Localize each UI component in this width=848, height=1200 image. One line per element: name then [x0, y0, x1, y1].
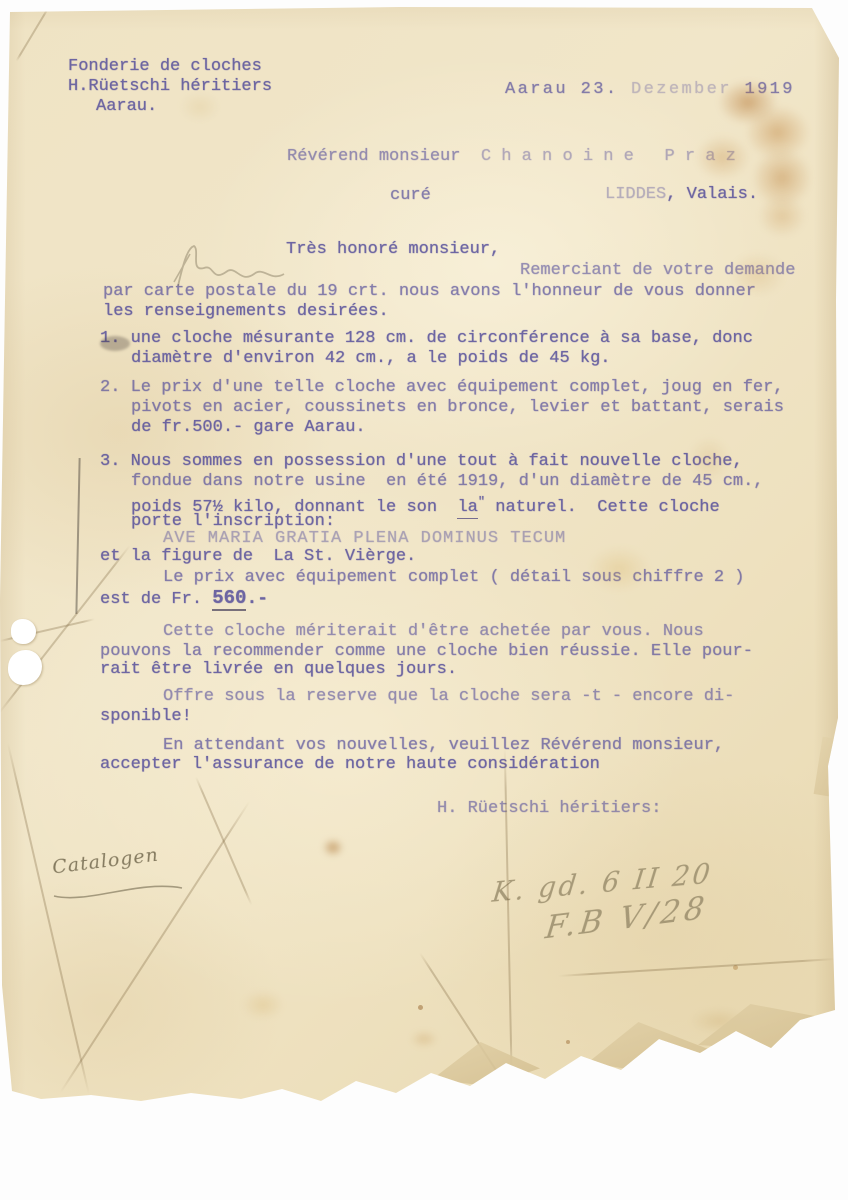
salutation: Très honoré monsieur,: [286, 240, 500, 260]
stain: [410, 1030, 438, 1048]
recipient-place-line: LIDDES, Valais.: [605, 185, 758, 205]
sender-line-2: H.Rüetschi héritiers: [68, 77, 272, 97]
item3-line-1: 3. Nous sommes en possession d'une tout …: [100, 452, 743, 472]
crease-line: [195, 776, 252, 905]
crease-line: [7, 743, 90, 1094]
punch-hole: [11, 619, 36, 644]
note-prime-mark: ″: [478, 495, 485, 509]
recipient-intro: Révérend monsieur: [287, 147, 481, 166]
punch-hole: [8, 650, 42, 685]
note-la-underlined: la: [457, 498, 477, 519]
price-prefix: est de Fr.: [100, 590, 212, 609]
reserve-line-2: sponible!: [100, 707, 192, 727]
speck: [566, 1040, 570, 1044]
item2-line-3: de fr.500.- gare Aarau.: [131, 418, 366, 438]
closing-line-2: accepter l'assurance de notre haute cons…: [100, 755, 600, 775]
pencil-scribble: [160, 242, 310, 294]
bell-inscription: AVE MARIA GRATIA PLENA DOMINUS TECUM: [163, 529, 566, 549]
price-value: 560: [212, 587, 246, 611]
stain: [180, 92, 220, 122]
recommend-line-3: rait être livrée en quelques jours.: [100, 660, 457, 680]
stain: [695, 135, 750, 180]
item1-line-1: 1. une cloche mésurante 128 cm. de circo…: [100, 329, 753, 349]
recipient-title: curé: [390, 186, 431, 206]
torn-flap: [432, 1042, 540, 1086]
item2-line-1: 2. Le prix d'une telle cloche avec équip…: [100, 378, 784, 398]
stain: [730, 252, 785, 297]
stain: [758, 195, 806, 237]
item3-line-6: Le prix avec équipement complet ( détail…: [163, 568, 745, 588]
stain: [322, 838, 344, 857]
opening-line-3: les renseignements desirées.: [103, 302, 389, 322]
stain: [242, 990, 284, 1020]
date-month: Dezember: [631, 80, 732, 99]
sender-line-3: Aarau.: [96, 97, 157, 117]
sender-line-1: Fonderie de cloches: [68, 57, 262, 77]
crease-line: [558, 958, 836, 977]
recipient-region: , Valais.: [666, 185, 758, 204]
recommend-line-1: Cette cloche mériterait d'être achetée p…: [163, 622, 704, 642]
item3-line-5: et la figure de La St. Vièrge.: [100, 547, 416, 567]
price-tail: .-: [246, 589, 268, 609]
torn-flap: [588, 1022, 708, 1074]
item3-line-2: fondue dans notre usine en été 1919, d'u…: [131, 472, 764, 492]
recommend-line-2: pouvons la recommender comme une cloche …: [100, 642, 753, 662]
margin-pencil-line: [75, 458, 80, 614]
closing-line-1: En attendant vos nouvelles, veuillez Rév…: [163, 736, 724, 756]
date-place-day: Aarau 23.: [505, 80, 631, 99]
crease-line: [16, 8, 49, 61]
paper-sheet: Fonderie de cloches H.Rüetschi héritiers…: [0, 0, 848, 1200]
stain: [688, 436, 730, 482]
item2-line-2: pivots en acier, coussinets en bronce, l…: [131, 398, 784, 418]
item3-line-3-tail: naturel. Cette cloche: [485, 498, 720, 517]
recipient-place: LIDDES: [605, 185, 666, 204]
stain: [588, 546, 650, 592]
signature-line: H. Rüetschi héritiers:: [437, 799, 661, 819]
recipient-line: Révérend monsieur C h a n o i n e P r a …: [287, 147, 736, 167]
reserve-line-1: Offre sous la reserve que la cloche sera…: [163, 687, 734, 707]
item1-line-2: diamètre d'environ 42 cm., a le poids de…: [131, 349, 610, 369]
speck: [418, 1005, 423, 1010]
edge-fold: [814, 737, 845, 798]
catalog-pencil-note: Catalogen: [51, 844, 160, 879]
price-line: est de Fr. 560.-: [100, 588, 268, 610]
catalog-underline-flourish: [48, 878, 188, 904]
ink-smudge: [100, 336, 130, 351]
scanned-letter-page: Fonderie de cloches H.Rüetschi héritiers…: [0, 0, 848, 1200]
